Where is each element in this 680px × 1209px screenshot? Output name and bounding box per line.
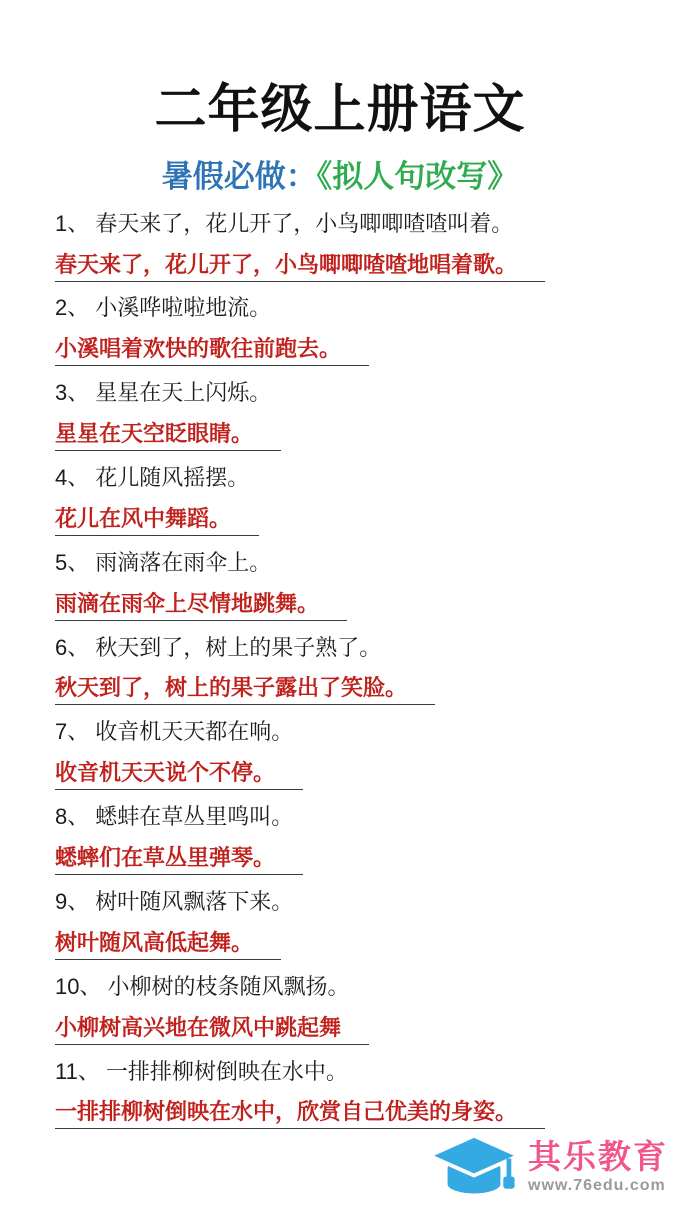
item-number: 4、 <box>55 461 89 492</box>
rewritten-sentence-row: 收音机天天说个不停。 <box>55 752 665 794</box>
original-sentence-text: 雨滴落在雨伞上。 <box>95 546 271 577</box>
original-sentence-text: 收音机天天都在响。 <box>95 715 293 746</box>
original-sentence-text: 秋天到了，树上的果子熟了。 <box>95 631 381 662</box>
original-sentence-row: 8、 蟋蚌在草丛里鸣叫。 <box>55 794 665 836</box>
publisher-text-block: 其乐教育 www.76edu.com <box>528 1139 668 1195</box>
original-sentence-row: 2、 小溪哗啦啦地流。 <box>55 286 665 328</box>
original-sentence-text: 春天来了，花儿开了，小鸟唧唧喳喳叫着。 <box>95 207 513 238</box>
subtitle-book-title: 《拟人句改写》 <box>317 159 519 194</box>
worksheet-page: 二年级上册语文 暑假必做：《拟人句改写》 1、 春天来了，花儿开了，小鸟唧唧喳喳… <box>0 0 680 1209</box>
publisher-url: www.76edu.com <box>528 1177 666 1195</box>
rewritten-sentence-row: 秋天到了，树上的果子露出了笑脸。 <box>55 667 665 709</box>
original-sentence-row: 3、 星星在天上闪烁。 <box>55 371 665 413</box>
rewritten-sentence-text: 春天来了，花儿开了，小鸟唧唧喳喳地唱着歌。 <box>55 248 545 282</box>
publisher-name: 其乐教育 <box>528 1139 668 1175</box>
rewritten-sentence-row: 星星在天空眨眼睛。 <box>55 413 665 455</box>
rewritten-sentence-row: 小溪唱着欢快的歌往前跑去。 <box>55 328 665 370</box>
publisher-logo: 其乐教育 www.76edu.com <box>426 1133 668 1201</box>
rewritten-sentence-row: 花儿在风中舞蹈。 <box>55 498 665 540</box>
rewritten-sentence-text: 雨滴在雨伞上尽情地跳舞。 <box>55 587 347 621</box>
rewritten-sentence-row: 春天来了，花儿开了，小鸟唧唧喳喳地唱着歌。 <box>55 243 665 285</box>
item-number: 3、 <box>55 376 89 407</box>
item-number: 7、 <box>55 715 89 746</box>
rewritten-sentence-text: 花儿在风中舞蹈。 <box>55 502 259 536</box>
original-sentence-row: 4、 花儿随风摇摆。 <box>55 455 665 497</box>
item-number: 9、 <box>55 885 89 916</box>
original-sentence-row: 7、 收音机天天都在响。 <box>55 710 665 752</box>
rewritten-sentence-text: 蟋蟀们在草丛里弹琴。 <box>55 841 303 875</box>
original-sentence-row: 1、 春天来了，花儿开了，小鸟唧唧喳喳叫着。 <box>55 201 665 243</box>
item-number: 2、 <box>55 291 89 322</box>
graduation-cap-icon <box>426 1133 522 1201</box>
rewritten-sentence-text: 星星在天空眨眼睛。 <box>55 417 281 451</box>
rewritten-sentence-text: 小溪唱着欢快的歌往前跑去。 <box>55 332 369 366</box>
original-sentence-row: 11、 一排排柳树倒映在水中。 <box>55 1049 665 1091</box>
rewritten-sentence-text: 小柳树高兴地在微风中跳起舞 <box>55 1011 369 1045</box>
page-title: 二年级上册语文 <box>0 82 680 139</box>
original-sentence-text: 小溪哗啦啦地流。 <box>95 291 271 322</box>
original-sentence-text: 花儿随风摇摆。 <box>95 461 249 492</box>
sentence-list: 1、 春天来了，花儿开了，小鸟唧唧喳喳叫着。 春天来了，花儿开了，小鸟唧唧喳喳地… <box>55 201 665 1134</box>
rewritten-sentence-row: 树叶随风高低起舞。 <box>55 922 665 964</box>
original-sentence-row: 10、 小柳树的枝条随风飘扬。 <box>55 964 665 1006</box>
original-sentence-text: 星星在天上闪烁。 <box>95 376 271 407</box>
rewritten-sentence-text: 收音机天天说个不停。 <box>55 756 303 790</box>
item-number: 5、 <box>55 546 89 577</box>
original-sentence-row: 5、 雨滴落在雨伞上。 <box>55 540 665 582</box>
rewritten-sentence-text: 一排排柳树倒映在水中，欣赏自己优美的身姿。 <box>55 1095 545 1129</box>
rewritten-sentence-row: 一排排柳树倒映在水中，欣赏自己优美的身姿。 <box>55 1091 665 1133</box>
rewritten-sentence-text: 秋天到了，树上的果子露出了笑脸。 <box>55 671 435 705</box>
subtitle-prefix: 暑假必做： <box>162 159 317 194</box>
original-sentence-row: 6、 秋天到了，树上的果子熟了。 <box>55 625 665 667</box>
original-sentence-text: 一排排柳树倒映在水中。 <box>106 1055 348 1086</box>
original-sentence-text: 小柳树的枝条随风飘扬。 <box>107 970 349 1001</box>
original-sentence-text: 蟋蚌在草丛里鸣叫。 <box>95 800 293 831</box>
rewritten-sentence-row: 雨滴在雨伞上尽情地跳舞。 <box>55 583 665 625</box>
original-sentence-text: 树叶随风飘落下来。 <box>95 885 293 916</box>
page-subtitle: 暑假必做：《拟人句改写》 <box>0 158 680 195</box>
item-number: 1、 <box>55 207 89 238</box>
item-number: 10、 <box>55 970 101 1001</box>
rewritten-sentence-text: 树叶随风高低起舞。 <box>55 926 281 960</box>
rewritten-sentence-row: 小柳树高兴地在微风中跳起舞 <box>55 1006 665 1048</box>
item-number: 6、 <box>55 631 89 662</box>
original-sentence-row: 9、 树叶随风飘落下来。 <box>55 879 665 921</box>
item-number: 11、 <box>55 1055 100 1086</box>
rewritten-sentence-row: 蟋蟀们在草丛里弹琴。 <box>55 837 665 879</box>
item-number: 8、 <box>55 800 89 831</box>
